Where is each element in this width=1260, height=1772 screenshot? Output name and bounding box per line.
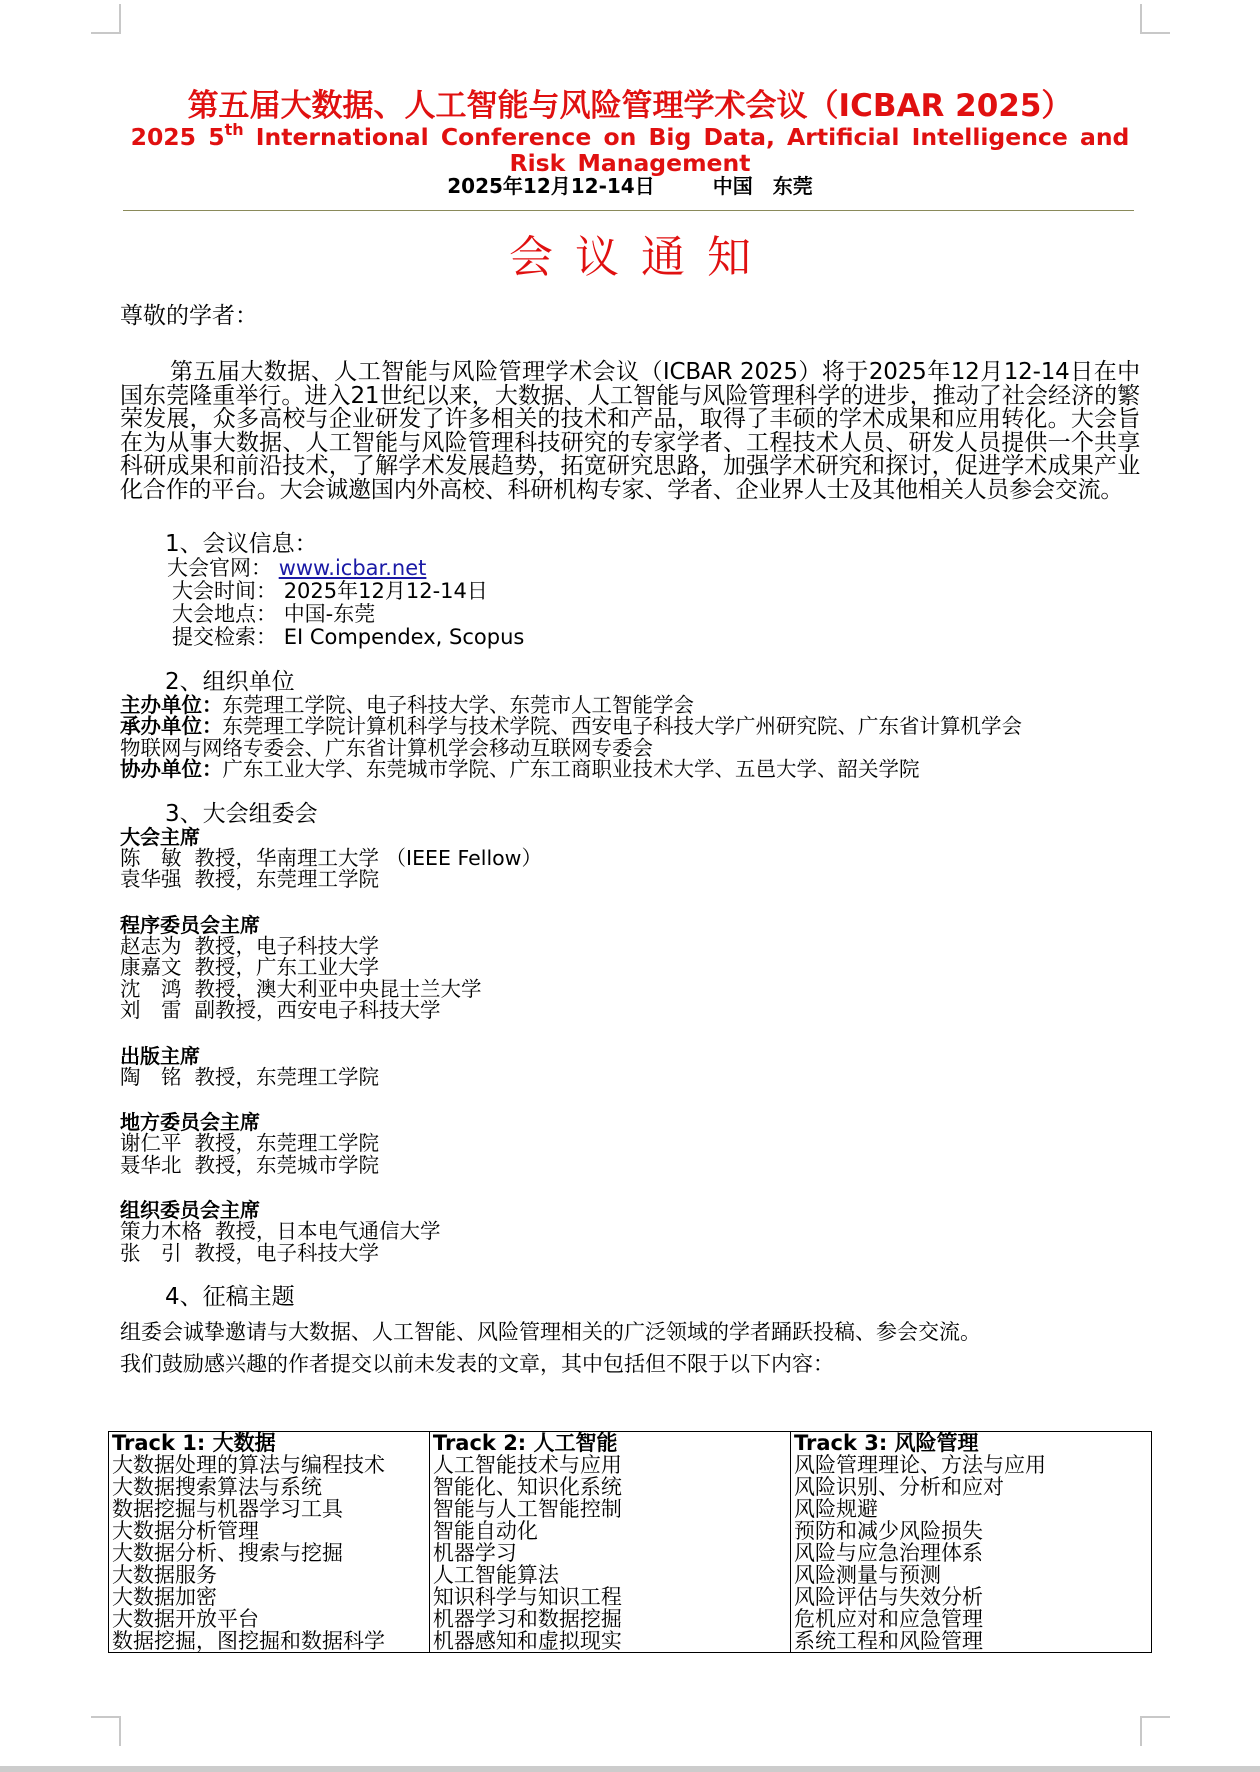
committee-group: 大会主席 陈 敏 教授，华南理工大学 （IEEE Fellow） 袁华强 教授，…: [120, 827, 1140, 891]
host-label: 主办单位：: [120, 693, 223, 717]
track-3-column: Track 3: 风险管理 风险管理理论、方法与应用 风险识别、分析和应对 风险…: [790, 1432, 1151, 1653]
committee-role: 出版主席: [120, 1046, 1140, 1067]
info-place: 大会地点： 中国-东莞: [120, 603, 1140, 626]
committee-group: 地方委员会主席 谢仁平 教授，东莞理工学院 聂华北 教授，东莞城市学院: [120, 1112, 1140, 1176]
track-topic: 智能自动化: [433, 1520, 790, 1542]
info-index: 提交检索： EI Compendex, Scopus: [120, 626, 1140, 649]
track-topic: 风险管理理论、方法与应用: [794, 1454, 1151, 1476]
track-topic: 大数据服务: [112, 1564, 429, 1586]
committee-role: 地方委员会主席: [120, 1112, 1140, 1133]
greeting: 尊敬的学者：: [120, 301, 1140, 331]
committee-member: 袁华强 教授，东莞理工学院: [120, 869, 1140, 891]
committee-group: 出版主席 陶 铭 教授，东莞理工学院: [120, 1046, 1140, 1089]
track-topic: 风险识别、分析和应对: [794, 1476, 1151, 1498]
track-topic: 风险评估与失效分析: [794, 1586, 1151, 1608]
committee-member: 陈 敏 教授，华南理工大学 （IEEE Fellow）: [120, 848, 1140, 870]
track-topic: 大数据开放平台: [112, 1608, 429, 1630]
track-topic: 智能与人工智能控制: [433, 1498, 790, 1520]
website-link[interactable]: www.icbar.net: [279, 556, 427, 580]
index-label: 提交检索：: [172, 625, 277, 649]
notice-title: 会议通知: [120, 233, 1140, 283]
organizer-row: 承办单位：东莞理工学院计算机科学与技术学院、西安电子科技大学广州研究院、广东省计…: [120, 716, 1140, 738]
track-topic: 大数据处理的算法与编程技术: [112, 1454, 429, 1476]
info-time: 大会时间： 2025年12月12-14日: [120, 580, 1140, 603]
committee-group: 程序委员会主席 赵志为 教授，电子科技大学 康嘉文 教授，广东工业大学 沈 鸿 …: [120, 915, 1140, 1022]
track-topic: 机器感知和虚拟现实: [433, 1630, 790, 1652]
section-2-heading: 2、组织单位: [120, 669, 1140, 695]
title-en-rest: International Conference on Big Data, Ar…: [244, 123, 1130, 151]
track-topic: 知识科学与知识工程: [433, 1586, 790, 1608]
co-organizer-value: 广东工业大学、东莞城市学院、广东工商职业技术大学、五邑大学、韶关学院: [223, 757, 920, 781]
time-value: 2025年12月12-14日: [284, 579, 488, 603]
crop-mark-bottom-left: [91, 1716, 121, 1746]
track-2-column: Track 2: 人工智能 人工智能技术与应用 智能化、知识化系统 智能与人工智…: [429, 1432, 790, 1653]
committee-group: 组织委员会主席 策力木格 教授，日本电气通信大学 张 引 教授，电子科技大学: [120, 1200, 1140, 1264]
committee-member: 张 引 教授，电子科技大学: [120, 1243, 1140, 1265]
committee-member: 沈 鸿 教授，澳大利亚中央昆士兰大学: [120, 979, 1140, 1001]
track-title: Track 2: 人工智能: [433, 1432, 790, 1454]
track-topic: 智能化、知识化系统: [433, 1476, 790, 1498]
crop-mark-bottom-right: [1140, 1716, 1170, 1746]
committee-member: 赵志为 教授，电子科技大学: [120, 936, 1140, 958]
call-for-papers-line2: 我们鼓励感兴趣的作者提交以前未发表的文章，其中包括但不限于以下内容：: [120, 1352, 1140, 1376]
committee-member: 聂华北 教授，东莞城市学院: [120, 1155, 1140, 1177]
committee-member: 陶 铭 教授，东莞理工学院: [120, 1067, 1140, 1089]
title-en-prefix: 2025 5: [131, 123, 225, 151]
page-bottom-bar: [0, 1766, 1260, 1772]
committee-member: 康嘉文 教授，广东工业大学: [120, 957, 1140, 979]
conference-date-location: 2025年12月12-14日中国 东莞: [120, 174, 1140, 198]
track-topic: 大数据搜索算法与系统: [112, 1476, 429, 1498]
organizer-value: 东莞理工学院计算机科学与技术学院、西安电子科技大学广州研究院、广东省计算机学会: [223, 714, 1023, 738]
track-topic: 人工智能算法: [433, 1564, 790, 1586]
track-topic: 机器学习: [433, 1542, 790, 1564]
table-row: Track 1: 大数据 大数据处理的算法与编程技术 大数据搜索算法与系统 数据…: [109, 1432, 1152, 1653]
track-topic: 数据挖掘，图挖掘和数据科学: [112, 1630, 429, 1652]
website-label: 大会官网：: [167, 556, 272, 580]
header-divider: [123, 210, 1134, 211]
info-website: 大会官网： www.icbar.net: [120, 557, 1140, 580]
organizer-row-cont: 物联网与网络专委会、广东省计算机学会移动互联网专委会: [120, 738, 1140, 760]
title-en-sup: th: [225, 120, 244, 139]
track-title: Track 3: 风险管理: [794, 1432, 1151, 1454]
track-topic: 风险规避: [794, 1498, 1151, 1520]
crop-mark-top-right: [1140, 4, 1170, 34]
co-organizer-row: 协办单位：广东工业大学、东莞城市学院、广东工商职业技术大学、五邑大学、韶关学院: [120, 759, 1140, 781]
organizer-label: 承办单位：: [120, 714, 223, 738]
track-topic: 大数据加密: [112, 1586, 429, 1608]
conference-date: 2025年12月12-14日: [447, 174, 654, 198]
host-value: 东莞理工学院、电子科技大学、东莞市人工智能学会: [223, 693, 695, 717]
track-topic: 大数据分析、搜索与挖掘: [112, 1542, 429, 1564]
conference-title-en: 2025 5th International Conference on Big…: [120, 124, 1140, 150]
section-1-heading: 1、会议信息：: [120, 531, 1140, 557]
place-label: 大会地点：: [172, 602, 277, 626]
host-row: 主办单位：东莞理工学院、电子科技大学、东莞市人工智能学会: [120, 695, 1140, 717]
section-4-heading: 4、征稿主题: [120, 1284, 1140, 1310]
tracks-table: Track 1: 大数据 大数据处理的算法与编程技术 大数据搜索算法与系统 数据…: [108, 1431, 1152, 1653]
committee-member: 刘 雷 副教授，西安电子科技大学: [120, 1000, 1140, 1022]
track-topic: 大数据分析管理: [112, 1520, 429, 1542]
track-topic: 数据挖掘与机器学习工具: [112, 1498, 429, 1520]
track-topic: 风险测量与预测: [794, 1564, 1151, 1586]
committee-role: 组织委员会主席: [120, 1200, 1140, 1221]
committee-role: 程序委员会主席: [120, 915, 1140, 936]
track-topic: 风险与应急治理体系: [794, 1542, 1151, 1564]
index-value: EI Compendex, Scopus: [284, 625, 525, 649]
track-topic: 预防和减少风险损失: [794, 1520, 1151, 1542]
co-organizer-label: 协办单位：: [120, 757, 223, 781]
call-for-papers-line1: 组委会诚挚邀请与大数据、人工智能、风险管理相关的广泛领域的学者踊跃投稿、参会交流…: [120, 1320, 1140, 1344]
place-value: 中国-东莞: [284, 602, 376, 626]
conference-location: 中国 东莞: [713, 174, 813, 198]
time-label: 大会时间：: [172, 579, 277, 603]
track-title: Track 1: 大数据: [112, 1432, 429, 1454]
track-topic: 人工智能技术与应用: [433, 1454, 790, 1476]
crop-mark-top-left: [91, 4, 121, 34]
conference-title-cn: 第五届大数据、人工智能与风险管理学术会议（ICBAR 2025）: [120, 88, 1140, 124]
section-3-heading: 3、大会组委会: [120, 801, 1140, 827]
committee-member: 策力木格 教授，日本电气通信大学: [120, 1221, 1140, 1243]
committee-role: 大会主席: [120, 827, 1140, 848]
document-page: 第五届大数据、人工智能与风险管理学术会议（ICBAR 2025） 2025 5t…: [120, 88, 1140, 1376]
track-topic: 机器学习和数据挖掘: [433, 1608, 790, 1630]
track-topic: 系统工程和风险管理: [794, 1630, 1151, 1652]
conference-title-en-line2: Risk Management: [120, 150, 1140, 176]
committee-member: 谢仁平 教授，东莞理工学院: [120, 1133, 1140, 1155]
track-topic: 危机应对和应急管理: [794, 1608, 1151, 1630]
track-1-column: Track 1: 大数据 大数据处理的算法与编程技术 大数据搜索算法与系统 数据…: [109, 1432, 430, 1653]
intro-paragraph: 第五届大数据、人工智能与风险管理学术会议（ICBAR 2025）将于2025年1…: [120, 361, 1140, 503]
